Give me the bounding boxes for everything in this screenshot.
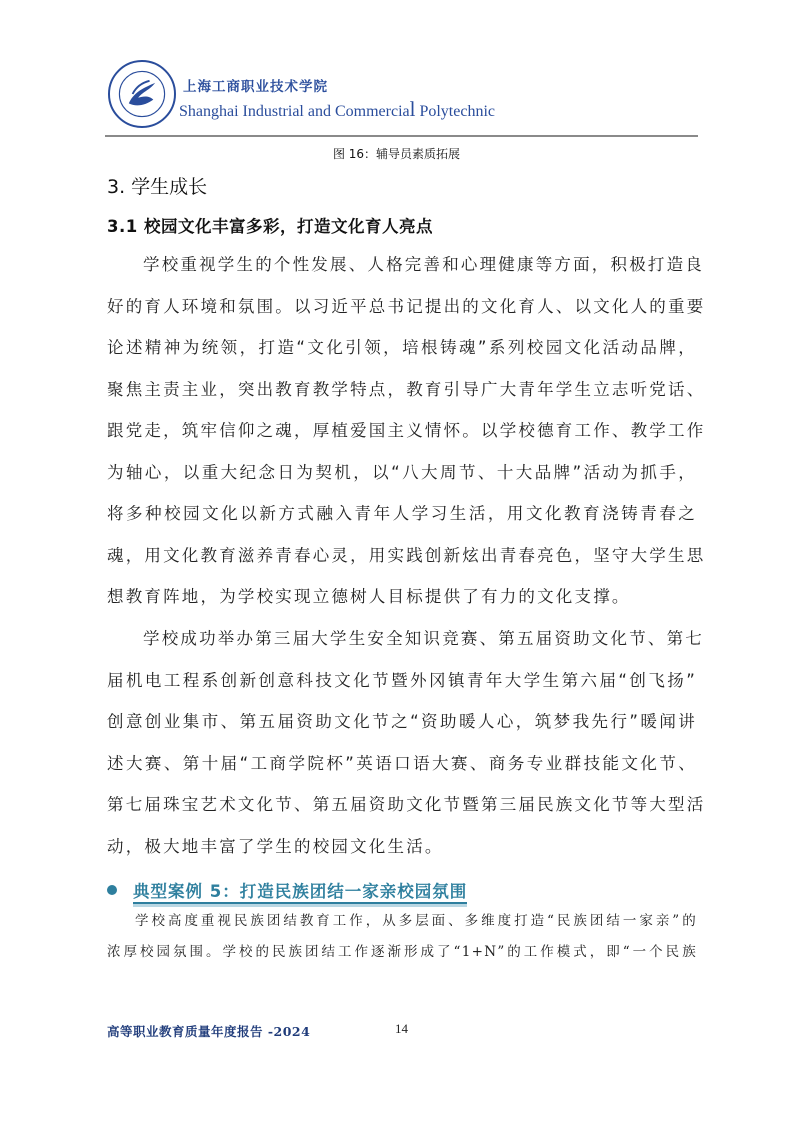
- paragraph-line: 动，极大地丰富了学生的校园文化生活。: [107, 826, 697, 868]
- school-name-en-part2: Polytechnic: [415, 103, 495, 120]
- school-name-en: Shanghai Industrial and Commercial Polyt…: [179, 97, 495, 122]
- footer-report-title: 高等职业教育质量年度报告 -2024: [107, 1022, 310, 1040]
- paragraph-2: 学校成功举办第三届大学生安全知识竞赛、第五届资助文化节、第七 届机电工程系创新创…: [107, 618, 697, 867]
- case-paragraph: 学校高度重视民族团结教育工作，从多层面、多维度打造“民族团结一家亲”的 浓厚校园…: [107, 906, 697, 968]
- paragraph-line: 第七届珠宝艺术文化节、第五届资助文化节暨第三届民族文化节等大型活: [107, 784, 697, 826]
- paragraph-line: 学校重视学生的个性发展、人格完善和心理健康等方面，积极打造良: [107, 244, 697, 286]
- page-number: 14: [395, 1021, 408, 1037]
- paragraph-line: 创意创业集市、第五届资助文化节之“资助暖人心，筑梦我先行”暖闻讲: [107, 701, 697, 743]
- case-title: 典型案例 5：打造民族团结一家亲校园氛围: [133, 882, 467, 904]
- paragraph-line: 魂，用文化教育滋养青春心灵，用实践创新炫出青春亮色，坚守大学生思: [107, 535, 697, 577]
- school-name-cn: 上海工商职业技术学院: [183, 75, 328, 95]
- header-rule: [105, 135, 698, 137]
- bullet-dot-icon: [107, 885, 117, 895]
- case-heading: 典型案例 5：打造民族团结一家亲校园氛围: [107, 878, 467, 902]
- paragraph-line: 学校成功举办第三届大学生安全知识竞赛、第五届资助文化节、第七: [107, 618, 697, 660]
- paragraph-line: 届机电工程系创新创意科技文化节暨外冈镇青年大学生第六届“创飞扬”: [107, 660, 697, 702]
- paragraph-line: 好的育人环境和氛围。以习近平总书记提出的文化育人、以文化人的重要: [107, 286, 697, 328]
- paragraph-line: 想教育阵地，为学校实现立德树人目标提供了有力的文化支撑。: [107, 576, 697, 618]
- section-title: 3. 学生成长: [107, 172, 207, 199]
- paragraph-line: 将多种校园文化以新方式融入青年人学习生活，用文化教育浇铸青春之: [107, 493, 697, 535]
- paragraph-line: 跟党走，筑牢信仰之魂，厚植爱国主义情怀。以学校德育工作、教学工作: [107, 410, 697, 452]
- subsection-title: 3.1 校园文化丰富多彩，打造文化育人亮点: [107, 213, 433, 237]
- paragraph-line: 论述精神为统领，打造“文化引领，培根铸魂”系列校园文化活动品牌，: [107, 327, 697, 369]
- school-name-en-part1: Shanghai Industrial and Commercia: [179, 103, 410, 120]
- figure-caption: 图 16：辅导员素质拓展: [0, 145, 793, 162]
- paragraph-line: 为轴心，以重大纪念日为契机，以“八大周节、十大品牌”活动为抓手，: [107, 452, 697, 494]
- paragraph-line: 聚焦主责主业，突出教育教学特点，教育引导广大青年学生立志听党话、: [107, 369, 697, 411]
- page-header: 上海工商职业技术学院 Shanghai Industrial and Comme…: [105, 55, 700, 135]
- case-line: 学校高度重视民族团结教育工作，从多层面、多维度打造“民族团结一家亲”的: [107, 906, 697, 937]
- paragraph-1: 学校重视学生的个性发展、人格完善和心理健康等方面，积极打造良 好的育人环境和氛围…: [107, 244, 697, 618]
- school-emblem-icon: [108, 60, 176, 128]
- case-line: 浓厚校园氛围。学校的民族团结工作逐渐形成了“1+N”的工作模式，即“一个民族: [107, 937, 697, 968]
- paragraph-line: 述大赛、第十届“工商学院杯”英语口语大赛、商务专业群技能文化节、: [107, 743, 697, 785]
